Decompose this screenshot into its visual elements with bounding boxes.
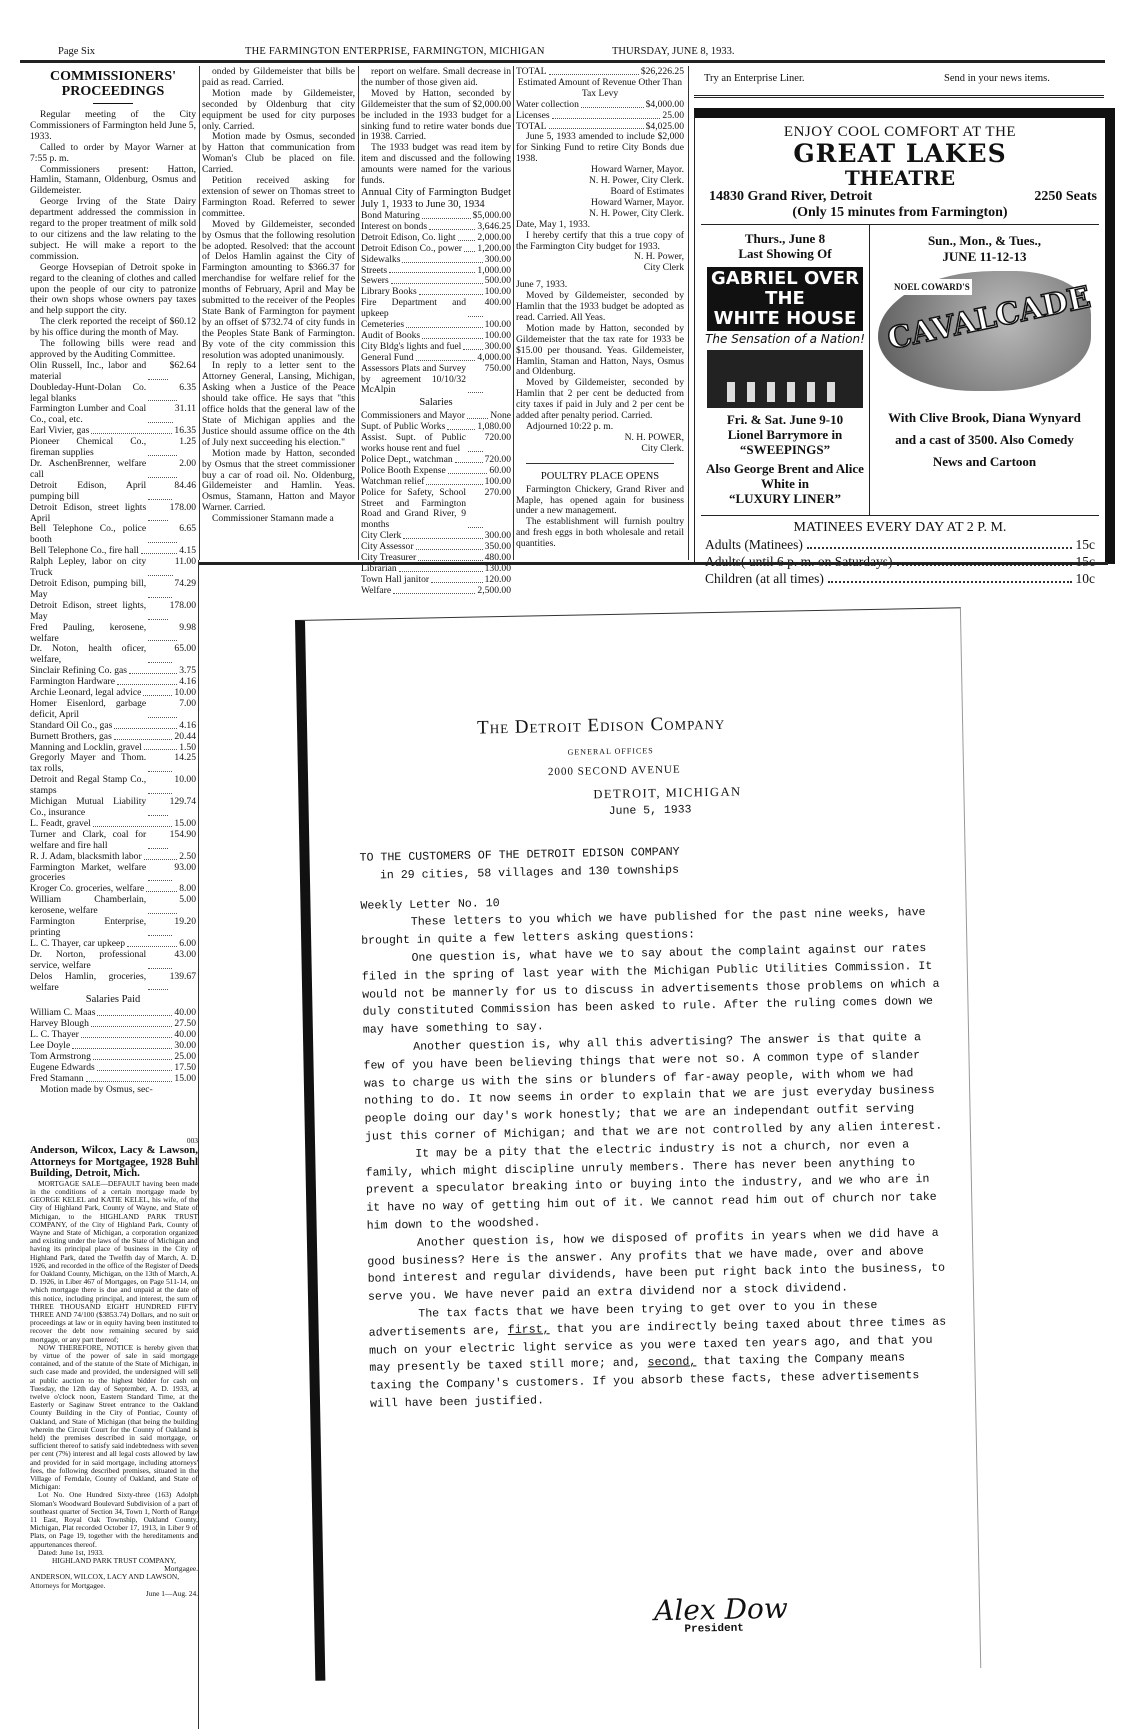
theatre-sub: THEATRE: [695, 167, 1105, 189]
signature-line: City Clerk: [516, 263, 684, 274]
letter-paragraph: One question is, what have we to say abo…: [361, 940, 943, 1040]
letter-paragraphs: These letters to you which we have publi…: [361, 904, 948, 1307]
letterhead-company: The Detroit Edison Company: [477, 713, 726, 740]
paragraph: Commissioners present: Hatton, Hamlin, S…: [30, 165, 196, 198]
film-credit: NOEL COWARD'S: [892, 279, 972, 295]
budget-line: Sidewalks300.00: [361, 255, 511, 266]
budget-salary-line: Watchman relief100.00: [361, 477, 511, 488]
legal-notice: 003 Anderson, Wilcox, Lacy & Lawson, Att…: [30, 1137, 198, 1598]
fri-film: “SWEEPINGS”: [705, 442, 865, 457]
bill-line: Ralph Lepley, labor on city Truck11.00: [30, 557, 196, 579]
showing-left: Thurs., June 8 Last Showing Of GABRIEL O…: [701, 225, 870, 515]
proceedings-column-1: COMMISSIONERS' PROCEEDINGS Regular meeti…: [30, 67, 196, 1096]
proceedings-text: report on welfare. Small decrease in the…: [361, 67, 511, 187]
paragraph: Motion made by Hatton, seconded by Osmus…: [202, 449, 355, 514]
paragraph: Moved by Gildemeister, seconded by Hamli…: [516, 378, 684, 422]
address-row: 14830 Grand River, Detroit 2250 Seats: [695, 189, 1105, 205]
revenue-line: Water collection$4,000.00: [516, 100, 684, 111]
bill-line: Michigan Mutual Liability Co., insurance…: [30, 797, 196, 819]
film-tagline: The Sensation of a Nation!: [705, 333, 865, 346]
film-cavalcade-title: CAVALCADE: [887, 290, 1092, 349]
bill-line: Fred Pauling, kerosene, welfare9.98: [30, 623, 196, 645]
bill-line: Dr. AschenBrenner, welfare call2.00: [30, 459, 196, 481]
bill-line: Pioneer Chemical Co., fireman supplies1.…: [30, 437, 196, 459]
budget-line: Detroit Edison Co., power1,200.00: [361, 244, 511, 255]
letterhead-offices: GENERAL OFFICES: [568, 746, 654, 757]
cavalcade-illustration: NOEL COWARD'S CAVALCADE: [878, 271, 1091, 391]
paragraph: Motion made by Osmus, seconded by Hatton…: [202, 132, 355, 176]
signature: Alex Dow: [654, 1592, 788, 1628]
notice-run-dates: June 1—Aug. 24.: [30, 1590, 198, 1598]
paragraph: The establishment will furnish poultry a…: [516, 517, 684, 550]
bill-line: Delos Hamlin, groceries, welfare139.67: [30, 972, 196, 994]
last-showing: Last Showing Of: [705, 246, 865, 261]
paragraph: Moved by Gildemeister, seconded by Osmus…: [202, 220, 355, 362]
notice-heading: Anderson, Wilcox, Lacy & Lawson, Attorne…: [30, 1145, 198, 1180]
showings: Thurs., June 8 Last Showing Of GABRIEL O…: [701, 225, 1099, 516]
bill-line: Olin Russell, Inc., labor and material$6…: [30, 361, 196, 383]
proceedings-column-2: onded by Gildemeister that bills be paid…: [202, 67, 355, 525]
paragraph: report on welfare. Small decrease in the…: [361, 67, 511, 89]
right-dates: Sun., Mon., & Tues.,: [870, 233, 1099, 249]
paragraph: Petition received asking for extension o…: [202, 176, 355, 220]
bill-line: Burnett Brothers, gas20.44: [30, 732, 196, 743]
letterhead-address: 2000 SECOND AVENUE: [548, 764, 681, 779]
paragraph: George Irving of the State Dairy departm…: [30, 197, 196, 262]
page-number: Page Six: [58, 46, 95, 57]
letterhead-city: DETROIT, MICHIGAN: [593, 784, 741, 802]
paragraph: George Hovsepian of Detroit spoke in reg…: [30, 263, 196, 318]
section-rule: [526, 463, 674, 464]
theatre-advertisement: ENJOY COOL COMFORT AT THE GREAT LAKES TH…: [694, 108, 1115, 564]
left-dates: Thurs., June 8: [705, 231, 865, 246]
paragraph: Motion made by Hatton, seconded by Gilde…: [516, 324, 684, 379]
certification: I hereby certify that this a true copy o…: [516, 231, 684, 253]
issue-date: THURSDAY, JUNE 8, 1933.: [612, 46, 735, 57]
price-row: Adults (Matinees)15c: [695, 536, 1105, 553]
paragraph: Regular meeting of the City Commissioner…: [30, 110, 196, 143]
bill-line: Farmington Lumber and Coal Co., coal, et…: [30, 404, 196, 426]
film-cast: With Clive Brook, Diana Wynyard and a ca…: [870, 397, 1099, 473]
bill-line: Detroit and Regal Stamp Co., stamps10.00: [30, 775, 196, 797]
price-row: Children (at all times)10c: [695, 570, 1105, 587]
fri-star: Lionel Barrymore in: [705, 427, 865, 442]
letter-paragraph: It may be a pity that the electric indus…: [365, 1135, 947, 1235]
bill-line: Dr. Norton, professional service, welfar…: [30, 950, 196, 972]
poultry-heading: POULTRY PLACE OPENS: [516, 472, 684, 483]
bill-line: Detroit Edison, street lights April178.0…: [30, 503, 196, 525]
amendment-text: June 5, 1933 amended to include $2,000 f…: [516, 132, 684, 165]
paragraph: In reply to a letter sent to the Attorne…: [202, 361, 355, 448]
bill-line: Detroit Edison, pumping bill, May74.29: [30, 579, 196, 601]
notice-body-3: Lot No. One Hundred Sixty-three (163) Ad…: [30, 1491, 198, 1548]
film-gabriel-title: GABRIEL OVER THE WHITE HOUSE: [707, 267, 863, 331]
revenue-list: Water collection$4,000.00Licenses25.00TO…: [516, 100, 684, 133]
proceedings-intro: Regular meeting of the City Commissioner…: [30, 110, 196, 361]
cert-date: Date, May 1, 1933.: [516, 220, 684, 231]
letter-date: June 5, 1933: [609, 803, 692, 818]
signer-title: President: [684, 1623, 744, 1636]
bill-line: Doubleday-Hunt-Dolan Co. legal blanks6.3…: [30, 383, 196, 405]
also-film: Also George Brent and Alice White in: [705, 461, 865, 491]
tax-paragraph: The tax facts that we have been trying t…: [368, 1296, 950, 1414]
paragraph: Motion made by Gildemeister, seconded by…: [202, 89, 355, 133]
budget-line: Fire Department and upkeep400.00: [361, 298, 511, 320]
paragraph: Called to order by Mayor Warner at 7:55 …: [30, 143, 196, 165]
bill-line: Dr. Noton, health oficer, welfare,65.00: [30, 644, 196, 666]
notice-body-2: NOW THEREFORE, NOTICE is hereby given th…: [30, 1344, 198, 1492]
matinees: MATINEES EVERY DAY AT 2 P. M.: [695, 520, 1105, 536]
proceedings-heading: COMMISSIONERS' PROCEEDINGS: [30, 69, 196, 99]
theatre-address: 14830 Grand River, Detroit: [709, 189, 872, 205]
budget-salary-line: Welfare2,500.00: [361, 586, 511, 597]
signature-line: City Clerk.: [516, 444, 684, 455]
liner-right: Send in your news items.: [944, 73, 1050, 84]
budget-salary-line: Police for Safety, School Street and Far…: [361, 488, 511, 532]
budget-salaries-heading: Salaries: [361, 398, 511, 409]
letter-paragraph: Another question is, how we disposed of …: [367, 1224, 948, 1306]
liner-left: Try an Enterprise Liner.: [704, 73, 805, 84]
proceedings-column-4: TOTAL$26,226.25 Estimated Amount of Reve…: [516, 67, 684, 550]
seat-count: 2250 Seats: [1034, 189, 1097, 205]
cert-signature: N. H. Power,City Clerk: [516, 252, 684, 274]
paragraph: Moved by Hatton, seconded by Gildemeiste…: [361, 89, 511, 144]
showing-right: Sun., Mon., & Tues., JUNE 11-12-13 NOEL …: [870, 225, 1099, 515]
bill-line: Farmington Enterprise, printing19.20: [30, 917, 196, 939]
column-divider: [688, 66, 689, 560]
paragraph: Moved by Gildemeister, seconded by Hamli…: [516, 291, 684, 324]
heading-rule: [93, 103, 133, 104]
salaries-heading: Salaries Paid: [30, 995, 196, 1006]
column-divider: [198, 560, 199, 1729]
bill-line: Homer Eisenlord, garbage deficit, April7…: [30, 699, 196, 721]
newspaper-title: THE FARMINGTON ENTERPRISE, FARMINGTON, M…: [245, 46, 545, 57]
top-rule: [20, 60, 1105, 63]
right-dates-2: JUNE 11-12-13: [870, 249, 1099, 265]
paragraph: onded by Gildemeister that bills be paid…: [202, 67, 355, 89]
letter-body: TO THE CUSTOMERS OF THE DETROIT EDISON C…: [359, 839, 950, 1414]
revenue-heading: Estimated Amount of Revenue Other Than T…: [516, 78, 684, 100]
paragraph: Farmington Chickery, Grand River and Map…: [516, 485, 684, 518]
column-divider: [199, 66, 200, 560]
edison-letter: The Detroit Edison Company GENERAL OFFIC…: [295, 607, 981, 1681]
tax-second: second,: [648, 1356, 697, 1370]
budget-salaries-list: Commissioners and MayorNoneSupt. of Publ…: [361, 411, 511, 596]
notice-body: MORTGAGE SALE—DEFAULT having been made i…: [30, 1180, 198, 1344]
letter-paragraph: Another question is, why all this advert…: [363, 1029, 945, 1147]
tax-first: first,: [508, 1323, 550, 1337]
final-signature: N. H. POWER,City Clerk.: [516, 433, 684, 455]
theatre-name: GREAT LAKES: [695, 141, 1105, 167]
signatures: Howard Warner, Mayor.N. H. Power, City C…: [516, 165, 684, 220]
closing-text: Motion made by Osmus, sec-: [30, 1085, 196, 1096]
column-divider: [358, 66, 359, 560]
bill-line: William Chamberlain, kerosene, welfare5.…: [30, 895, 196, 917]
distance-note: (Only 15 minutes from Farmington): [701, 205, 1099, 225]
bill-line: Detroit Edison, April pumping bill84.46: [30, 481, 196, 503]
also-film-title: “LUXURY LINER”: [705, 491, 865, 506]
budget-line: Assessors Plats and Survey by agreement …: [361, 364, 511, 397]
budget-list: Bond Maturing$5,000.00Interest on bonds3…: [361, 211, 511, 396]
poultry-text: Farmington Chickery, Grand River and Map…: [516, 485, 684, 550]
fri-dates: Fri. & Sat. June 9-10: [705, 412, 865, 427]
budget-heading: Annual City of Farmington Budget July 1,…: [361, 187, 511, 211]
budget-salary-line: Assist. Supt. of Public works house rent…: [361, 433, 511, 455]
film-title-top: GABRIEL OVER THE: [707, 269, 863, 309]
proceedings-text: Moved by Gildemeister, seconded by Hamli…: [516, 291, 684, 433]
revenue-line: Licenses25.00: [516, 111, 684, 122]
bill-line: Turner and Clark, coal for welfare and f…: [30, 830, 196, 852]
salaries-list: William C. Maas40.00Harvey Blough27.50L.…: [30, 1008, 196, 1084]
paragraph: The 1933 budget was read item by item an…: [361, 143, 511, 187]
bill-line: Bell Telephone Co., police booth6.65: [30, 524, 196, 546]
paragraph: The following bills were read and approv…: [30, 339, 196, 361]
film-title-bottom: WHITE HOUSE: [707, 309, 863, 329]
bill-line: Farmington Market, welfare groceries93.0…: [30, 863, 196, 885]
proceedings-column-3: report on welfare. Small decrease in the…: [361, 67, 511, 597]
proceedings-text: onded by Gildemeister that bills be paid…: [202, 67, 355, 525]
white-house-illustration: [707, 350, 863, 408]
column-divider: [513, 66, 514, 560]
liner-strip: Try an Enterprise Liner. Send in your ne…: [694, 67, 1104, 98]
bill-line: Detroit Edison, street lights, May178.00: [30, 601, 196, 623]
bills-list: Olin Russell, Inc., labor and material$6…: [30, 361, 196, 994]
paragraph: Commissioner Stamann made a: [202, 514, 355, 525]
bill-line: Gregorly Mayer and Thom. tax rolls,14.25: [30, 753, 196, 775]
bill-line: R. J. Adam, blacksmith labor2.50: [30, 852, 196, 863]
section-rule: [198, 562, 1108, 565]
masthead: Page Six THE FARMINGTON ENTERPRISE, FARM…: [0, 46, 1105, 60]
paragraph: The clerk reported the receipt of $60.12…: [30, 317, 196, 339]
